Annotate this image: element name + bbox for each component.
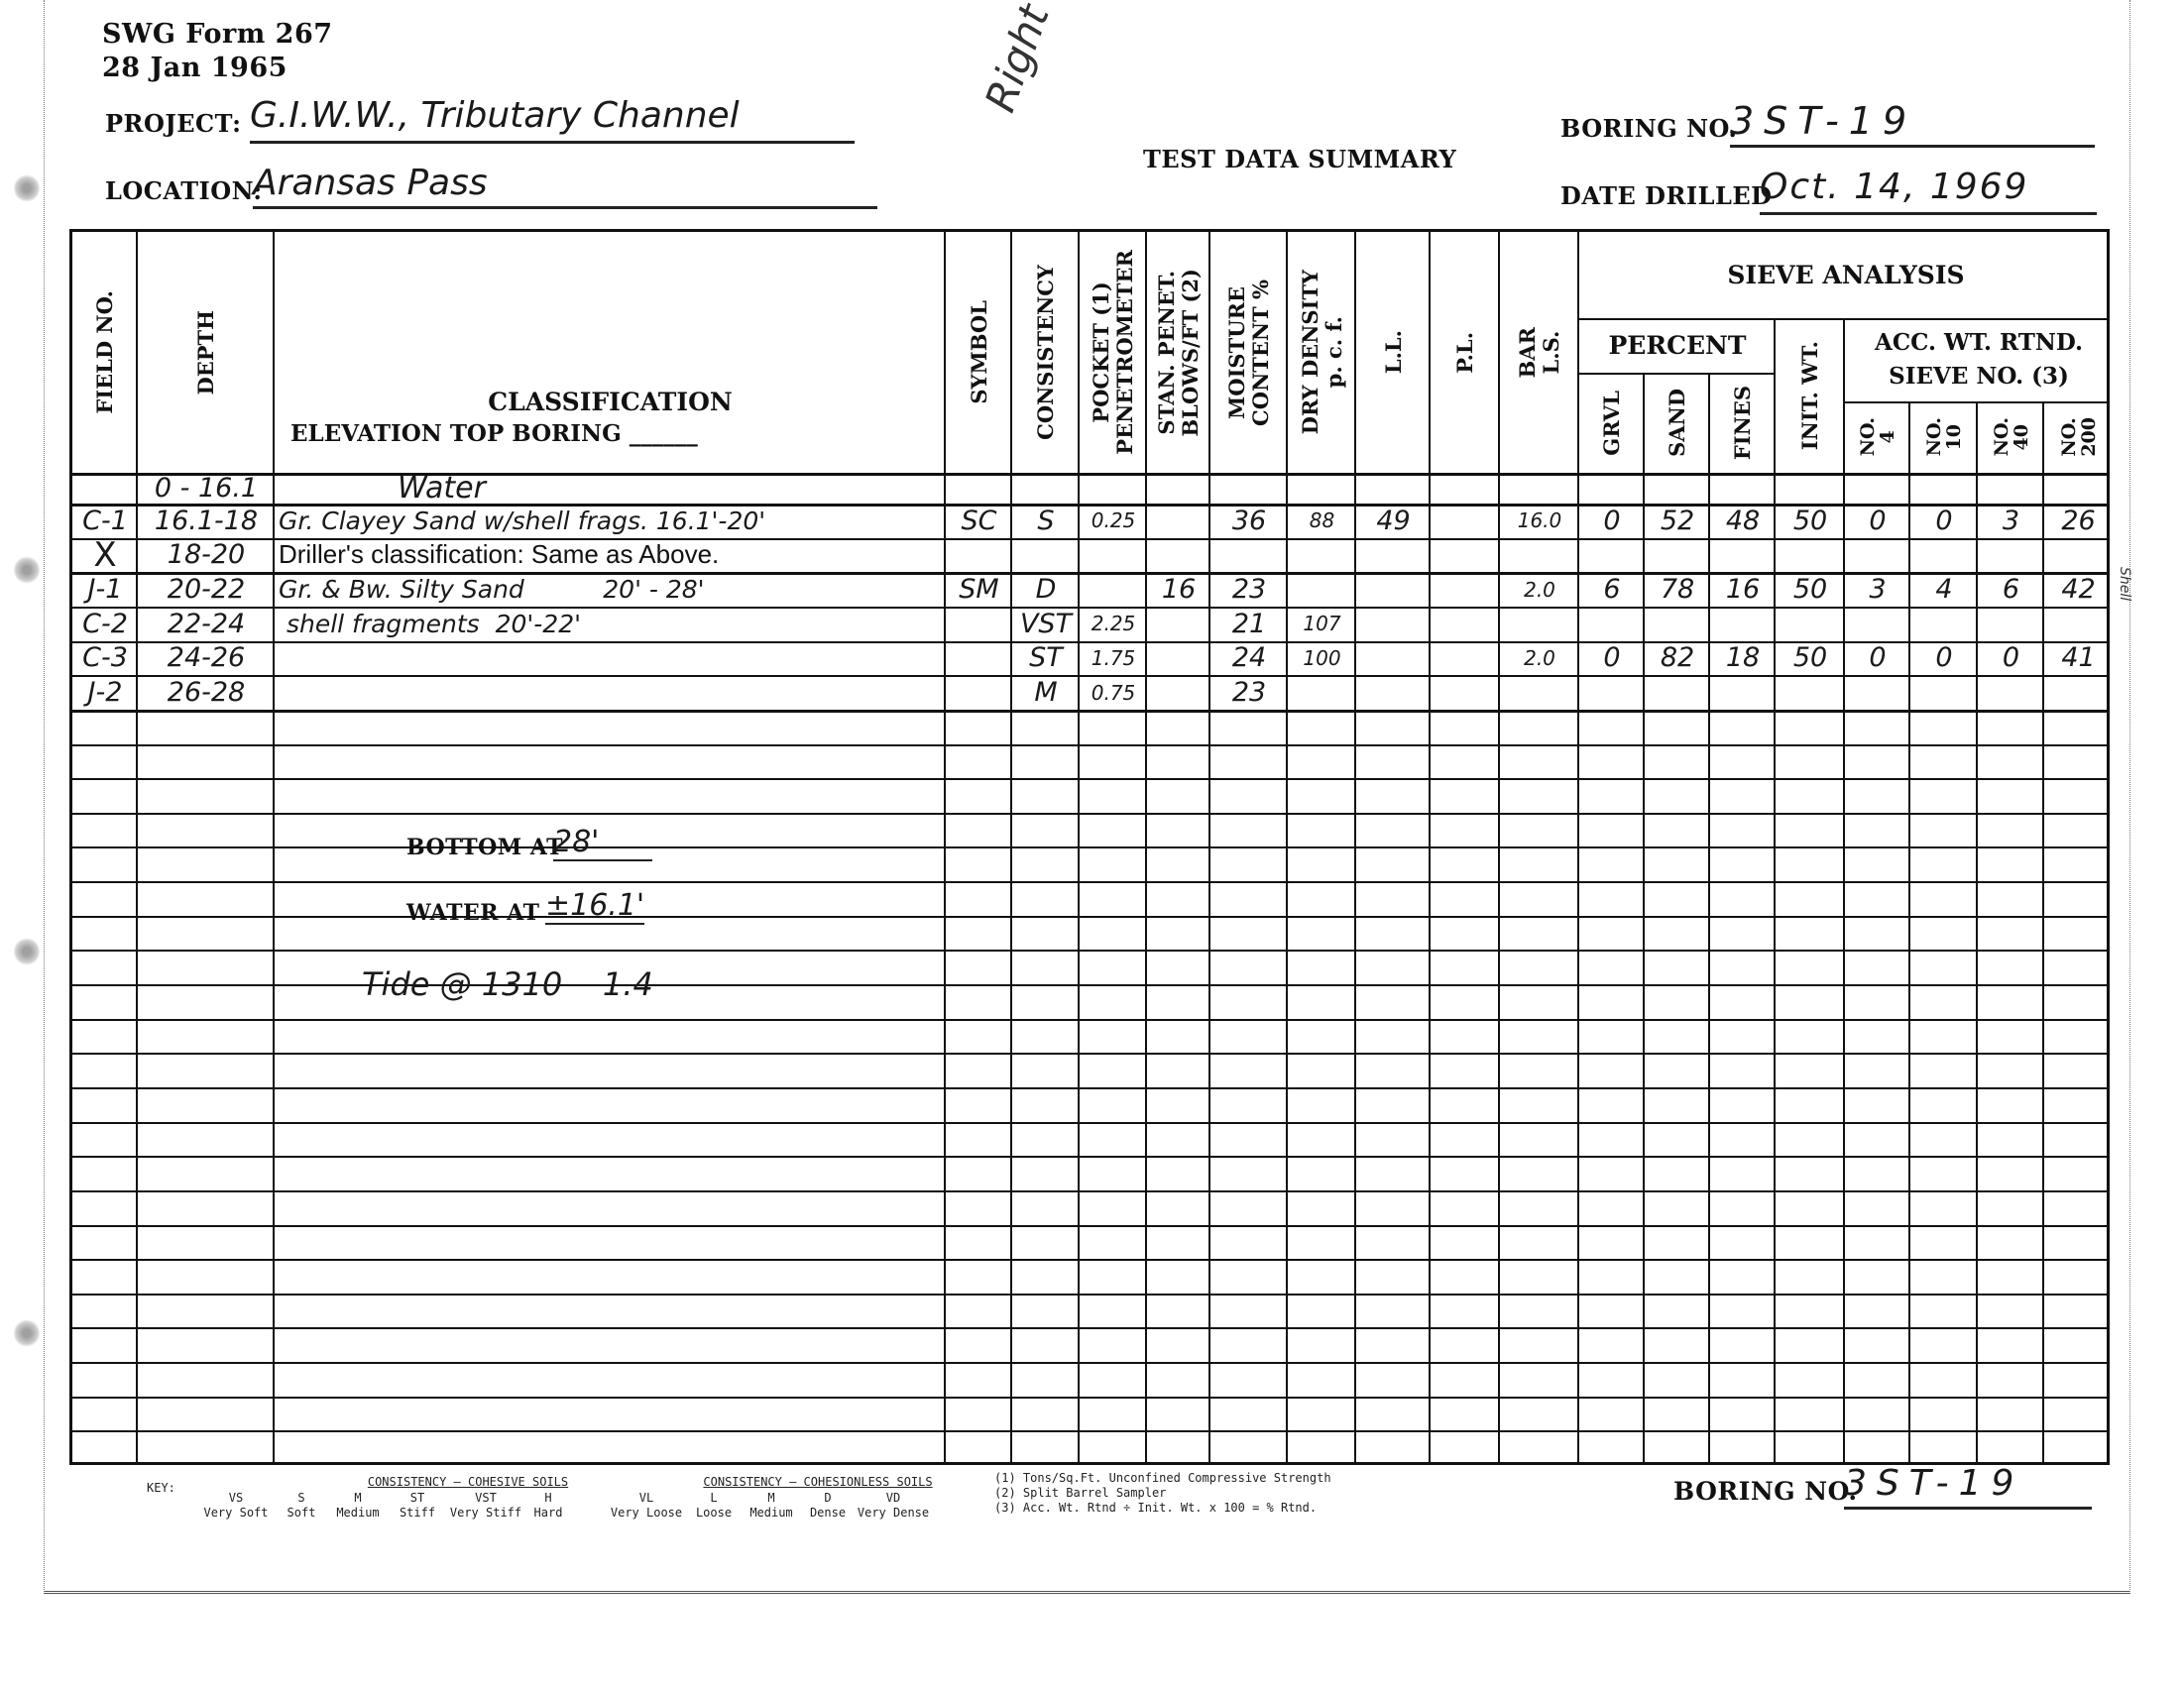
- footer-boring-number-field[interactable]: 3ST-19: [1844, 1463, 2092, 1510]
- classification-value: shell fragments 20'-22': [279, 610, 581, 638]
- date-drilled-label: DATE DRILLED: [1560, 181, 1772, 210]
- key-abbr: VL: [607, 1491, 686, 1506]
- water-at-value[interactable]: ±16.1': [545, 888, 644, 925]
- symbol-value: SC: [962, 506, 997, 536]
- table-cell-stan[interactable]: [1151, 675, 1207, 710]
- header-consistency: CONSISTENCY: [1012, 232, 1080, 473]
- header-symbol-label: SYMBOL: [968, 300, 991, 404]
- table-cell-dry-density[interactable]: [1292, 473, 1352, 504]
- table-cell-sand[interactable]: [1649, 607, 1706, 641]
- table-cell-symbol[interactable]: [950, 675, 1008, 710]
- table-cell-pocket[interactable]: [1084, 572, 1143, 607]
- depth-value: 26-28: [168, 677, 245, 708]
- moisture-value: 21: [1232, 609, 1266, 639]
- table-cell-dry-density[interactable]: [1292, 675, 1352, 710]
- table-cell-pocket[interactable]: 0.75: [1084, 675, 1143, 710]
- table-cell-ll[interactable]: [1360, 607, 1427, 641]
- sand-value: 82: [1661, 642, 1694, 673]
- table-cell-no4[interactable]: [1849, 675, 1906, 710]
- field-value: C-2: [82, 609, 128, 639]
- table-cell-no4[interactable]: [1849, 538, 1906, 573]
- field-value: J-2: [88, 677, 123, 708]
- table-cell-init-wt[interactable]: 50: [1780, 641, 1841, 676]
- table-cell-no40[interactable]: 0: [1982, 641, 2040, 676]
- table-cell-dry-density[interactable]: [1292, 538, 1352, 573]
- key-abbr: ST: [389, 1491, 446, 1506]
- table-cell-consistency[interactable]: ST: [1016, 641, 1076, 676]
- row-divider: [72, 950, 2107, 952]
- table-cell-consistency[interactable]: VST: [1016, 607, 1076, 641]
- table-cell-pl[interactable]: [1435, 675, 1496, 710]
- table-cell-fines[interactable]: [1714, 473, 1772, 504]
- consistency-value: D: [1036, 574, 1057, 605]
- table-cell-field[interactable]: J-2: [76, 675, 134, 710]
- table-cell-classification[interactable]: Gr. Clayey Sand w/shell frags. 16.1'-20': [279, 504, 942, 538]
- table-cell-bar-ls[interactable]: 16.0: [1504, 504, 1575, 538]
- no10-value: 0: [1935, 506, 1952, 536]
- table-cell-consistency[interactable]: D: [1016, 572, 1076, 607]
- header-ll: L.L.: [1356, 232, 1431, 473]
- fines-value: 16: [1726, 574, 1760, 605]
- header-stan-penet-label: STAN. PENET. BLOWS/FT (2): [1155, 269, 1203, 437]
- table-cell-init-wt[interactable]: [1780, 473, 1841, 504]
- init-wt-value: 50: [1793, 574, 1827, 605]
- no40-value: 0: [2003, 642, 2019, 673]
- sand-value: 52: [1661, 506, 1694, 536]
- key-name: Medium: [742, 1506, 801, 1521]
- header-classification: CLASSIFICATION: [275, 232, 946, 419]
- dry-density-value: 100: [1303, 646, 1340, 670]
- form-id: SWG Form 267: [102, 18, 333, 52]
- table-cell-fines[interactable]: [1714, 607, 1772, 641]
- table-cell-stan[interactable]: [1151, 504, 1207, 538]
- header-depth: DEPTH: [138, 232, 275, 473]
- key-cohesive-list: VSVery SoftSSoftMMediumSTStiffVSTVery St…: [196, 1491, 571, 1521]
- table-cell-stan[interactable]: [1151, 473, 1207, 504]
- table-cell-pl[interactable]: [1435, 572, 1496, 607]
- table-cell-depth[interactable]: 16.1-18: [142, 504, 271, 538]
- table-cell-classification[interactable]: Driller's classification: Same as Above.: [279, 538, 942, 573]
- table-cell-dry-density[interactable]: 107: [1292, 607, 1352, 641]
- table-cell-depth[interactable]: 0 - 16.1: [142, 473, 271, 504]
- table-cell-symbol[interactable]: SM: [950, 572, 1008, 607]
- field-value: X: [93, 538, 116, 573]
- table-cell-fines[interactable]: 16: [1714, 572, 1772, 607]
- pocket-value: 2.25: [1092, 612, 1136, 635]
- header-grvl: GRVL: [1579, 373, 1645, 473]
- header-pl: P.L.: [1431, 232, 1500, 473]
- symbol-value: SM: [959, 574, 998, 605]
- table-cell-dry-density[interactable]: 100: [1292, 641, 1352, 676]
- key-name: Very Soft: [196, 1506, 276, 1521]
- form-date: 28 Jan 1965: [102, 52, 333, 85]
- moisture-value: 23: [1232, 574, 1266, 605]
- table-cell-classification[interactable]: Gr. & Bw. Silty Sand 20' - 28': [279, 572, 942, 607]
- key-name: Soft: [276, 1506, 327, 1521]
- row-divider: [72, 1156, 2107, 1158]
- table-cell-ll[interactable]: [1360, 538, 1427, 573]
- header-bar-ls-label: BAR L.S.: [1516, 327, 1563, 379]
- table-cell-no10[interactable]: [1914, 473, 1974, 504]
- table-cell-symbol[interactable]: [950, 473, 1008, 504]
- moisture-value: 36: [1232, 506, 1266, 536]
- table-cell-classification[interactable]: Water: [279, 473, 942, 504]
- table-cell-ll[interactable]: 49: [1360, 504, 1427, 538]
- key-name: Very Stiff: [446, 1506, 525, 1521]
- depth-value: 24-26: [168, 642, 245, 673]
- header-grvl-label: GRVL: [1600, 391, 1624, 456]
- depth-value: 0 - 16.1: [155, 473, 258, 504]
- table-cell-symbol[interactable]: [950, 641, 1008, 676]
- bar-ls-value: 2.0: [1524, 578, 1555, 602]
- table-cell-symbol[interactable]: SC: [950, 504, 1008, 538]
- footer-boring-number-label: BORING NO.: [1673, 1477, 1858, 1506]
- fines-value: 18: [1726, 642, 1760, 673]
- table-cell-no10[interactable]: 4: [1914, 572, 1974, 607]
- no40-value: 3: [2003, 506, 2019, 536]
- row-divider: [72, 813, 2107, 815]
- table-cell-fines[interactable]: 18: [1714, 641, 1772, 676]
- row-divider: [72, 1259, 2107, 1261]
- table-cell-field[interactable]: C-1: [76, 504, 134, 538]
- key-abbr: M: [742, 1491, 801, 1506]
- table-cell-moisture[interactable]: 23: [1214, 675, 1284, 710]
- table-cell-grvl[interactable]: [1583, 607, 1641, 641]
- punch-hole-mark: [14, 1318, 40, 1348]
- bar-ls-value: 2.0: [1524, 646, 1555, 670]
- location-field[interactable]: Aransas Pass: [253, 163, 877, 209]
- init-wt-value: 50: [1793, 642, 1827, 673]
- key-name: Loose: [686, 1506, 742, 1521]
- header-sieve-no40: NO. 40: [1978, 401, 2044, 473]
- table-cell-moisture[interactable]: [1214, 538, 1284, 573]
- field-value: C-3: [82, 642, 128, 673]
- table-cell-depth[interactable]: 24-26: [142, 641, 271, 676]
- table-cell-stan[interactable]: 16: [1151, 572, 1207, 607]
- key-name: Dense: [801, 1506, 855, 1521]
- header-pocket-penetrometer-label: POCKET (1) PENETROMETER: [1090, 250, 1137, 455]
- table-cell-stan[interactable]: [1151, 607, 1207, 641]
- row-divider: [72, 1430, 2107, 1432]
- table-cell-pocket[interactable]: 1.75: [1084, 641, 1143, 676]
- row-divider: [72, 744, 2107, 746]
- table-cell-dry-density[interactable]: [1292, 572, 1352, 607]
- table-cell-sand[interactable]: 52: [1649, 504, 1706, 538]
- form-id-block: SWG Form 267 28 Jan 1965: [102, 18, 333, 85]
- table-cell-init-wt[interactable]: [1780, 675, 1841, 710]
- table-cell-moisture[interactable]: [1214, 473, 1284, 504]
- test-data-table: FIELD NO.DEPTHCLASSIFICATIONELEVATION TO…: [69, 229, 2110, 1465]
- field-value: J-1: [88, 574, 123, 605]
- table-cell-dry-density[interactable]: 88: [1292, 504, 1352, 538]
- column-divider: [1843, 318, 1845, 1462]
- table-cell-no40[interactable]: [1982, 675, 2040, 710]
- table-cell-no40[interactable]: [1982, 607, 2040, 641]
- table-cell-sand[interactable]: [1649, 675, 1706, 710]
- page-title: TEST DATA SUMMARY: [1143, 145, 1456, 173]
- project-field[interactable]: G.I.W.W., Tributary Channel: [250, 95, 855, 144]
- table-cell-grvl[interactable]: 0: [1583, 641, 1641, 676]
- boring-number-label: BORING NO.: [1560, 114, 1737, 143]
- header-consistency-label: CONSISTENCY: [1034, 265, 1058, 440]
- table-cell-ll[interactable]: [1360, 572, 1427, 607]
- consistency-value: VST: [1020, 609, 1072, 639]
- table-cell-moisture[interactable]: 23: [1214, 572, 1284, 607]
- header-sieve-no200-label: NO. 200: [2059, 417, 2099, 457]
- header-sieve-no10: NO. 10: [1910, 401, 1978, 473]
- header-sieve-no4: NO. 4: [1845, 401, 1910, 473]
- table-cell-init-wt[interactable]: [1780, 538, 1841, 573]
- depth-value: 20-22: [168, 574, 245, 605]
- table-cell-init-wt[interactable]: 50: [1780, 504, 1841, 538]
- punch-hole-mark: [14, 173, 40, 203]
- table-cell-no200[interactable]: 41: [2048, 641, 2109, 676]
- key-name: Medium: [327, 1506, 389, 1521]
- table-cell-pl[interactable]: [1435, 607, 1496, 641]
- key-label: KEY:: [147, 1481, 175, 1495]
- table-cell-moisture[interactable]: 21: [1214, 607, 1284, 641]
- table-cell-no4[interactable]: 0: [1849, 504, 1906, 538]
- row-divider: [72, 1053, 2107, 1055]
- table-cell-symbol[interactable]: [950, 538, 1008, 573]
- table-cell-sand[interactable]: 82: [1649, 641, 1706, 676]
- classification-value: Gr. & Bw. Silty Sand 20' - 28': [279, 575, 705, 604]
- table-cell-field[interactable]: J-1: [76, 572, 134, 607]
- table-cell-grvl[interactable]: 6: [1583, 572, 1641, 607]
- location-label: LOCATION:: [105, 176, 263, 205]
- key-entry: MMedium: [327, 1491, 389, 1521]
- table-cell-no200[interactable]: 42: [2048, 572, 2109, 607]
- bar-ls-value: 16.0: [1518, 508, 1562, 532]
- header-dry-density-label: DRY DENSITY p. c. f.: [1299, 270, 1346, 434]
- key-name: Very Dense: [855, 1506, 932, 1521]
- consistency-value: M: [1034, 677, 1057, 708]
- row-divider: [72, 710, 2107, 713]
- table-cell-sand[interactable]: [1649, 538, 1706, 573]
- header-fines-label: FINES: [1731, 386, 1755, 460]
- footnote-1: (1) Tons/Sq.Ft. Unconfined Compressive S…: [994, 1471, 1331, 1486]
- table-cell-stan[interactable]: [1151, 538, 1207, 573]
- table-cell-no40[interactable]: [1982, 538, 2040, 573]
- header-field-no-label: FIELD NO.: [93, 290, 117, 414]
- classification-value: Water: [279, 473, 486, 504]
- table-cell-bar-ls[interactable]: [1504, 473, 1575, 504]
- consistency-value: S: [1037, 506, 1054, 536]
- header-sand: SAND: [1645, 373, 1710, 473]
- table-cell-moisture[interactable]: 24: [1214, 641, 1284, 676]
- table-cell-moisture[interactable]: 36: [1214, 504, 1284, 538]
- key-abbr: D: [801, 1491, 855, 1506]
- header-sieve-no200: NO. 200: [2044, 401, 2113, 473]
- table-cell-grvl[interactable]: [1583, 538, 1641, 573]
- table-cell-bar-ls[interactable]: 2.0: [1504, 641, 1575, 676]
- key-name: Very Loose: [607, 1506, 686, 1521]
- table-cell-classification[interactable]: [279, 641, 942, 676]
- table-cell-depth[interactable]: 26-28: [142, 675, 271, 710]
- date-drilled-field[interactable]: Oct. 14, 1969: [1760, 167, 2097, 215]
- table-cell-bar-ls[interactable]: [1504, 607, 1575, 641]
- row-divider: [72, 1019, 2107, 1021]
- init-wt-value: 50: [1793, 506, 1827, 536]
- table-cell-no10[interactable]: [1914, 607, 1974, 641]
- column-divider: [1976, 401, 1978, 1462]
- row-divider: [72, 916, 2107, 918]
- table-cell-fines[interactable]: [1714, 675, 1772, 710]
- header-moisture: MOISTURE CONTENT %: [1210, 232, 1288, 473]
- table-cell-classification[interactable]: shell fragments 20'-22': [279, 607, 942, 641]
- boring-number-field[interactable]: 3ST-19: [1730, 99, 2095, 148]
- table-cell-bar-ls[interactable]: 2.0: [1504, 572, 1575, 607]
- no4-value: 0: [1869, 642, 1886, 673]
- table-cell-no4[interactable]: [1849, 607, 1906, 641]
- punch-hole-mark: [14, 555, 40, 585]
- table-cell-pocket[interactable]: [1084, 473, 1143, 504]
- column-divider: [1908, 401, 1910, 1462]
- table-cell-consistency[interactable]: [1016, 538, 1076, 573]
- key-abbr: VS: [196, 1491, 276, 1506]
- table-cell-no200[interactable]: [2048, 538, 2109, 573]
- key-footnotes: (1) Tons/Sq.Ft. Unconfined Compressive S…: [994, 1471, 1331, 1516]
- consistency-value: ST: [1029, 642, 1063, 673]
- classification-value: Driller's classification: Same as Above.: [279, 539, 719, 570]
- no200-value: 41: [2061, 642, 2095, 673]
- dry-density-value: 107: [1303, 612, 1340, 635]
- no200-value: 26: [2061, 506, 2095, 536]
- table-cell-no200[interactable]: 26: [2048, 504, 2109, 538]
- table-cell-pocket[interactable]: 0.25: [1084, 504, 1143, 538]
- table-cell-field[interactable]: C-2: [76, 607, 134, 641]
- no10-value: 4: [1935, 574, 1952, 605]
- row-divider: [72, 1362, 2107, 1364]
- row-divider: [72, 1294, 2107, 1296]
- table-cell-ll[interactable]: [1360, 641, 1427, 676]
- table-cell-depth[interactable]: 20-22: [142, 572, 271, 607]
- table-cell-init-wt[interactable]: 50: [1780, 572, 1841, 607]
- bottom-at-value[interactable]: 28': [553, 825, 652, 861]
- row-divider: [72, 1122, 2107, 1124]
- header-bar-ls: BAR L.S.: [1500, 232, 1579, 473]
- header-sieve-analysis: SIEVE ANALYSIS: [1579, 232, 2113, 318]
- table-cell-pl[interactable]: [1435, 473, 1496, 504]
- key-name: Stiff: [389, 1506, 446, 1521]
- key-entry: VLVery Loose: [607, 1491, 686, 1521]
- table-cell-sand[interactable]: 78: [1649, 572, 1706, 607]
- key-abbr: M: [327, 1491, 389, 1506]
- table-cell-no4[interactable]: 3: [1849, 572, 1906, 607]
- dry-density-value: 88: [1310, 508, 1334, 532]
- table-cell-fines[interactable]: 48: [1714, 504, 1772, 538]
- table-cell-no40[interactable]: [1982, 473, 2040, 504]
- table-cell-consistency[interactable]: M: [1016, 675, 1076, 710]
- table-cell-pocket[interactable]: 2.25: [1084, 607, 1143, 641]
- key-abbr: H: [525, 1491, 571, 1506]
- depth-value: 18-20: [168, 539, 245, 570]
- table-cell-no40[interactable]: 6: [1982, 572, 2040, 607]
- key-entry: VSVery Soft: [196, 1491, 276, 1521]
- table-cell-depth[interactable]: 18-20: [142, 538, 271, 573]
- moisture-value: 23: [1232, 677, 1266, 708]
- table-cell-no200[interactable]: [2048, 607, 2109, 641]
- table-cell-sand[interactable]: [1649, 473, 1706, 504]
- grvl-value: 6: [1603, 574, 1620, 605]
- header-sieve-analysis-label: SIEVE ANALYSIS: [1727, 259, 1964, 292]
- header-symbol: SYMBOL: [946, 232, 1012, 473]
- row-divider: [72, 881, 2107, 883]
- table-cell-fines[interactable]: [1714, 538, 1772, 573]
- project-label: PROJECT:: [105, 109, 242, 138]
- key-entry: SSoft: [276, 1491, 327, 1521]
- header-sieve-no10-label: NO. 10: [1924, 417, 1964, 456]
- header-pocket-penetrometer: POCKET (1) PENETROMETER: [1080, 232, 1147, 473]
- table-cell-field[interactable]: C-3: [76, 641, 134, 676]
- water-at-label: WATER AT: [406, 900, 540, 926]
- header-stan-penet: STAN. PENET. BLOWS/FT (2): [1147, 232, 1210, 473]
- table-cell-no200[interactable]: [2048, 473, 2109, 504]
- key-cohesionless-title: CONSISTENCY — COHESIONLESS SOILS: [674, 1475, 962, 1489]
- table-cell-classification[interactable]: [279, 675, 942, 710]
- table-cell-ll[interactable]: [1360, 675, 1427, 710]
- key-entry: MMedium: [742, 1491, 801, 1521]
- table-cell-symbol[interactable]: [950, 607, 1008, 641]
- key-entry: VDVery Dense: [855, 1491, 932, 1521]
- table-cell-stan[interactable]: [1151, 641, 1207, 676]
- table-cell-consistency[interactable]: [1016, 473, 1076, 504]
- column-divider: [1774, 318, 1776, 1462]
- table-cell-pl[interactable]: [1435, 504, 1496, 538]
- table-cell-pocket[interactable]: [1084, 538, 1143, 573]
- table-cell-init-wt[interactable]: [1780, 607, 1841, 641]
- table-cell-no40[interactable]: 3: [1982, 504, 2040, 538]
- elevation-top-boring-label: ELEVATION TOP BORING ______: [290, 417, 698, 451]
- table-cell-bar-ls[interactable]: [1504, 675, 1575, 710]
- table-cell-grvl[interactable]: 0: [1583, 504, 1641, 538]
- table-cell-no4[interactable]: 0: [1849, 641, 1906, 676]
- footnote-2: (2) Split Barrel Sampler: [994, 1486, 1331, 1501]
- sand-value: 78: [1661, 574, 1694, 605]
- key-cohesive-title: CONSISTENCY — COHESIVE SOILS: [270, 1475, 666, 1489]
- bottom-at-label: BOTTOM AT: [406, 835, 563, 860]
- pocket-value: 0.75: [1092, 681, 1136, 705]
- key-entry: DDense: [801, 1491, 855, 1521]
- table-cell-no10[interactable]: [1914, 538, 1974, 573]
- table-cell-pl[interactable]: [1435, 538, 1496, 573]
- table-cell-no10[interactable]: 0: [1914, 504, 1974, 538]
- table-cell-grvl[interactable]: [1583, 675, 1641, 710]
- table-cell-no4[interactable]: [1849, 473, 1906, 504]
- table-cell-field[interactable]: [76, 473, 134, 504]
- key-name: Hard: [525, 1506, 571, 1521]
- table-cell-no10[interactable]: [1914, 675, 1974, 710]
- moisture-value: 24: [1232, 642, 1266, 673]
- table-cell-grvl[interactable]: [1583, 473, 1641, 504]
- table-cell-depth[interactable]: 22-24: [142, 607, 271, 641]
- header-depth-label: DEPTH: [194, 310, 218, 395]
- header-init-wt: INIT. WT.: [1776, 318, 1845, 473]
- header-acc-wt-rtnd-label: ACC. WT. RTND. SIEVE NO. (3): [1875, 326, 2083, 394]
- table-cell-pl[interactable]: [1435, 641, 1496, 676]
- table-cell-no10[interactable]: 0: [1914, 641, 1974, 676]
- footnote-3: (3) Acc. Wt. Rtnd ÷ Init. Wt. x 100 = % …: [994, 1501, 1331, 1516]
- table-cell-ll[interactable]: [1360, 473, 1427, 504]
- table-cell-no200[interactable]: [2048, 675, 2109, 710]
- table-cell-field[interactable]: X: [76, 538, 134, 573]
- table-cell-consistency[interactable]: S: [1016, 504, 1076, 538]
- row-divider: [72, 1190, 2107, 1192]
- side-annotation: Shell: [2117, 567, 2132, 601]
- table-cell-bar-ls[interactable]: [1504, 538, 1575, 573]
- key-entry: LLoose: [686, 1491, 742, 1521]
- key-entry: VSTVery Stiff: [446, 1491, 525, 1521]
